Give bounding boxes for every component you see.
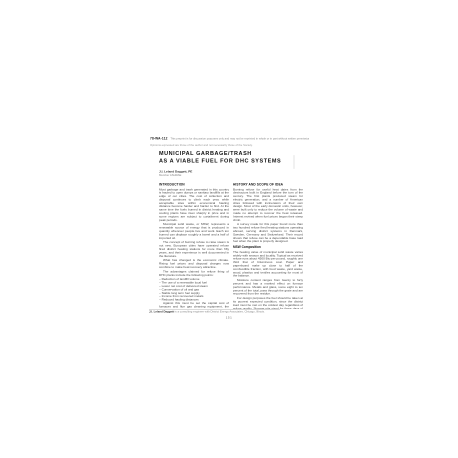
footnote-author-name: J.I. Leland Daggett bbox=[149, 311, 174, 314]
paper-header-line: 78-WA-112 This preprint is for discussio… bbox=[150, 137, 309, 141]
section-heading-history: HISTORY AND SCOPE OF IDEA bbox=[233, 183, 303, 187]
paragraph: Against this must be set the capital cos… bbox=[159, 302, 229, 309]
paragraph: Moisture content ranges from twenty to f… bbox=[233, 279, 303, 296]
paragraph: Municipal solid waste, or MSW, represent… bbox=[159, 223, 229, 240]
paper-title-line1: MUNICIPAL GARBAGE/TRASH bbox=[159, 151, 252, 157]
author-block: J.I. Leland Daggett, PE Member ASHRAE bbox=[159, 170, 259, 177]
scan-artifact bbox=[294, 155, 295, 169]
paragraph: What has changed is the economic climate… bbox=[159, 259, 229, 269]
paper-page-inner: 78-WA-112 This preprint is for discussio… bbox=[148, 136, 310, 322]
section-heading-introduction: INTRODUCTION bbox=[159, 183, 229, 187]
paper-number: 78-WA-112 bbox=[150, 137, 168, 141]
paragraph: The heating value of municipal solid was… bbox=[233, 251, 303, 278]
paper-page: 78-WA-112 This preprint is for discussio… bbox=[148, 136, 310, 322]
paper-title-line2: AS A VIABLE FUEL FOR DHC SYSTEMS bbox=[159, 158, 281, 164]
paragraph: The advantages claimed for refuse firing… bbox=[159, 270, 229, 277]
paragraph: The concept of burning refuse to raise s… bbox=[159, 241, 229, 258]
author-footnote: J.I. Leland Daggett is a consulting engi… bbox=[149, 309, 280, 314]
paper-header-fineprint-2: Opinions expressed are those of the auth… bbox=[150, 144, 270, 148]
paragraph: Burning refuse for useful heat dates fro… bbox=[233, 188, 303, 222]
author-affiliation: Member ASHRAE bbox=[159, 174, 259, 178]
left-column: INTRODUCTION Most garbage and trash gene… bbox=[159, 183, 229, 309]
footnote-text: is a consulting engineer with District E… bbox=[174, 311, 265, 314]
scanned-paper-canvas: 78-WA-112 This preprint is for discussio… bbox=[0, 0, 458, 458]
paragraph: For design purposes the fuel should be t… bbox=[233, 297, 303, 309]
page-number: 151 bbox=[148, 317, 310, 320]
subsection-heading-msw-composition: MSW Composition bbox=[233, 246, 303, 250]
paper-title: MUNICIPAL GARBAGE/TRASH AS A VIABLE FUEL… bbox=[159, 150, 304, 165]
paper-header-fineprint: This preprint is for discussion purposes… bbox=[170, 138, 309, 141]
paragraph: Most garbage and trash generated in this… bbox=[159, 188, 229, 222]
paragraph: A survey made for this paper found more … bbox=[233, 223, 303, 243]
right-column: HISTORY AND SCOPE OF IDEA Burning refuse… bbox=[233, 183, 303, 309]
